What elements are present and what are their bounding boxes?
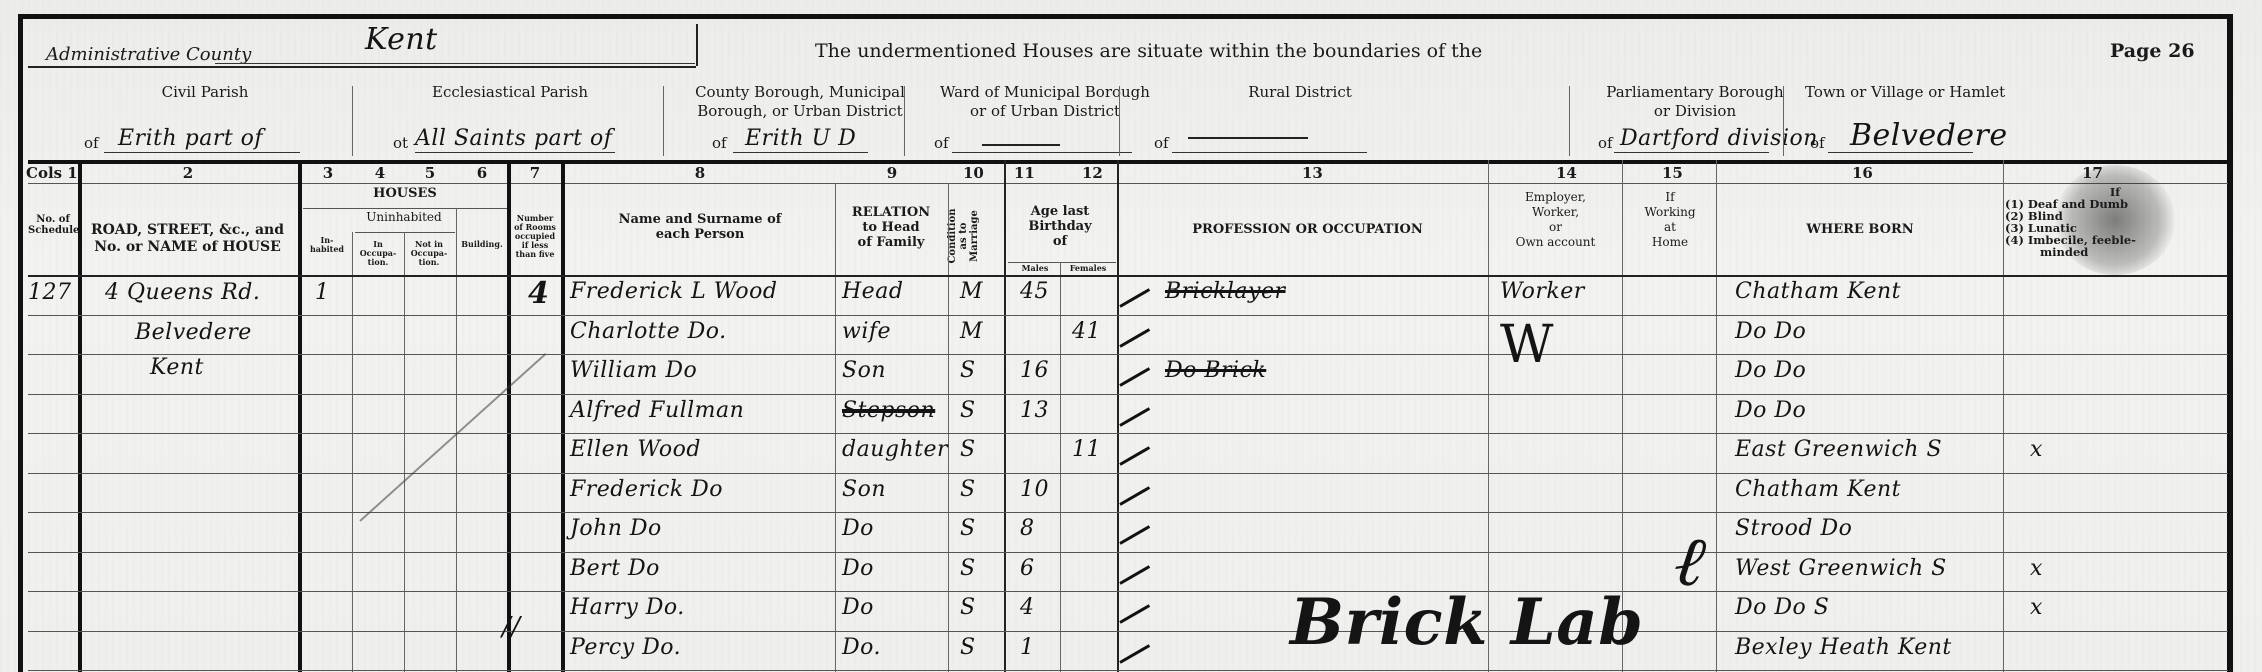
person-relation: Son	[842, 358, 886, 383]
person-birthplace: Do Do S	[1735, 595, 1829, 620]
row-rule	[28, 473, 2228, 474]
name-heading-1: Name and Surname of	[565, 212, 835, 227]
person-relation: Do.	[842, 635, 881, 660]
not-occ-3: tion.	[404, 258, 454, 267]
person-age-female: 41	[1072, 319, 1101, 344]
working-home-heading: If Working at Home	[1625, 190, 1715, 250]
double-slash-mark: //	[502, 612, 521, 642]
cols-label: Cols 1	[26, 164, 78, 182]
town-label: Town or Village or Hamlet	[1805, 83, 1985, 101]
person-mark: x	[2030, 595, 2043, 620]
frame-border-right	[2227, 14, 2233, 672]
schedule-heading-1: No. of	[28, 214, 78, 225]
admin-county-value: Kent	[365, 22, 438, 57]
page-number: 26	[2168, 40, 2194, 62]
divider-3	[904, 86, 905, 156]
road-heading-1: ROAD, STREET, &c., and	[80, 222, 295, 239]
schedule-heading-2: Schedule	[28, 225, 78, 236]
colnum-7: 7	[525, 164, 545, 182]
eccl-parish-underline	[415, 152, 615, 153]
ink-stain	[2055, 165, 2175, 275]
civil-parish-value: Erith part of	[118, 126, 263, 151]
divider-6	[1783, 86, 1784, 156]
person-age-female: 11	[1072, 437, 1101, 462]
working-home-3: at	[1625, 220, 1715, 235]
rural-district-underline	[1172, 152, 1367, 153]
tick-mark-icon	[1119, 288, 1150, 308]
ward-of: of	[934, 134, 949, 152]
tick-mark-icon	[1119, 644, 1150, 664]
person-occupation: Do Brick	[1165, 358, 1266, 383]
page-label-text: Page	[2110, 40, 2161, 62]
person-employer: W	[1500, 315, 1554, 375]
person-name: Frederick Do	[570, 477, 723, 502]
person-condition: M	[960, 279, 983, 304]
age-heading: Age last Birthday of	[1005, 204, 1115, 249]
row-rule	[28, 354, 2228, 355]
vline-occupation	[404, 232, 405, 672]
rural-district-of: of	[1154, 134, 1169, 152]
heading-bottom-rule	[28, 275, 2228, 277]
inhabited-value: 1	[315, 280, 330, 305]
employer-heading: Employer, Worker, or Own account	[1488, 190, 1623, 250]
pencil-diagonal	[359, 353, 546, 522]
vline-working	[1716, 160, 1717, 672]
inhabited-heading-2: habited	[303, 245, 351, 254]
person-birthplace: Chatham Kent	[1735, 279, 1901, 304]
person-name: Frederick L Wood	[570, 279, 777, 304]
town-value: Belvedere	[1850, 118, 2008, 153]
person-mark: x	[2030, 556, 2043, 581]
person-age-male: 1	[1020, 635, 1035, 660]
vline-inhabited	[352, 232, 353, 672]
employer-heading-1: Employer,	[1488, 190, 1623, 205]
frame-border-top	[18, 14, 2231, 19]
colnum-3: 3	[318, 164, 338, 182]
civil-parish-underline	[104, 152, 300, 153]
employer-heading-3: or	[1488, 220, 1623, 235]
person-relation: Son	[842, 477, 886, 502]
person-condition: S	[960, 635, 976, 660]
vline-females	[1117, 160, 1119, 672]
relation-heading: RELATION to Head of Family	[836, 205, 946, 250]
person-condition: S	[960, 556, 976, 581]
colnum-9: 9	[882, 164, 902, 182]
tick-mark-icon	[1119, 604, 1150, 624]
vline-road	[298, 160, 302, 672]
row-rule	[28, 670, 2228, 671]
person-name: John Do	[570, 516, 662, 541]
relation-heading-2: to Head	[836, 220, 946, 235]
person-birthplace: East Greenwich S	[1735, 437, 1942, 462]
uninhabited-heading: Uninhabited	[352, 210, 456, 225]
colnum-6: 6	[472, 164, 492, 182]
name-heading-2: each Person	[565, 227, 835, 242]
parliamentary-label-2: or Division	[1590, 102, 1800, 120]
address-line-1: 4 Queens Rd.	[105, 280, 260, 305]
females-heading: Females	[1060, 264, 1116, 273]
vline-males	[1060, 262, 1061, 672]
eccl-parish-value: All Saints part of	[415, 126, 612, 151]
houses-rule	[303, 208, 510, 209]
age-heading-3: of	[1005, 234, 1115, 249]
tick-mark-icon	[1119, 565, 1150, 585]
colnum-13: 13	[1302, 164, 1322, 182]
vline-not-occupation	[456, 208, 457, 672]
colnum-8: 8	[690, 164, 710, 182]
tick-mark-icon	[1119, 367, 1150, 387]
uninhabited-rule	[355, 232, 455, 233]
parliamentary-underline	[1614, 152, 1769, 153]
person-mark: x	[2030, 437, 2043, 462]
parliamentary-value: Dartford division	[1620, 126, 1818, 151]
condition-heading-2: as to	[958, 196, 969, 276]
person-name: Bert Do	[570, 556, 660, 581]
person-name: Alfred Fullman	[570, 398, 744, 423]
person-occupation: Bricklayer	[1165, 279, 1286, 304]
admin-county-underline	[215, 63, 695, 64]
divider-2	[663, 86, 664, 156]
person-birthplace: Chatham Kent	[1735, 477, 1901, 502]
person-age-male: 4	[1020, 595, 1035, 620]
tick-mark-icon	[1119, 407, 1150, 427]
county-borough-of: of	[712, 134, 727, 152]
colnum-12: 12	[1082, 164, 1102, 182]
divider-4	[1119, 86, 1120, 156]
vline-name	[835, 183, 836, 672]
person-relation: Do	[842, 595, 874, 620]
working-home-1: If	[1625, 190, 1715, 205]
employer-heading-2: Worker,	[1488, 205, 1623, 220]
person-birthplace: Bexley Heath Kent	[1735, 635, 1952, 660]
person-condition: M	[960, 319, 983, 344]
working-home-4: Home	[1625, 235, 1715, 250]
divider-1	[352, 86, 353, 156]
inhabited-heading: In- habited	[303, 236, 351, 254]
divider-5	[1569, 86, 1570, 156]
person-age-male: 10	[1020, 477, 1049, 502]
tick-mark-icon	[1119, 446, 1150, 466]
person-name: Charlotte Do.	[570, 319, 727, 344]
colnum-rule	[28, 183, 2228, 184]
rooms-heading: Number of Rooms occupied if less than fi…	[510, 214, 560, 259]
vline-relation	[948, 183, 949, 672]
condition-heading: Condition as to Marriage	[947, 196, 983, 276]
civil-parish-of: of	[84, 134, 99, 152]
person-birthplace: Do Do	[1735, 319, 1806, 344]
person-condition: S	[960, 595, 976, 620]
vline-rooms	[561, 160, 565, 672]
eccl-parish-label: Ecclesiastical Parish	[410, 83, 610, 101]
page-label: Page 26	[2110, 40, 2195, 62]
overwrite-annotation: Brick Lab	[1290, 585, 1643, 660]
person-relation: Do	[842, 556, 874, 581]
person-birthplace: Do Do	[1735, 358, 1806, 383]
row-rule	[28, 591, 2228, 592]
row-rule	[28, 315, 2228, 316]
town-of: of	[1810, 134, 1825, 152]
occupation-heading: PROFESSION OR OCCUPATION	[1120, 222, 1495, 237]
row-rule	[28, 552, 2228, 553]
working-home-2: Working	[1625, 205, 1715, 220]
parliamentary-of: of	[1598, 134, 1613, 152]
parliamentary-label-1: Parliamentary Borough	[1590, 83, 1800, 101]
colnum-10: 10	[963, 164, 983, 182]
building-heading: Building.	[456, 240, 508, 249]
vline-schedule	[78, 160, 82, 672]
intro-text: The undermentioned Houses are situate wi…	[815, 40, 1482, 62]
in-occupation-heading: In Occupa- tion.	[353, 240, 403, 267]
schedule-heading: No. of Schedule	[28, 214, 78, 236]
eccl-parish-of: ot	[393, 134, 408, 152]
admin-county-rule	[28, 66, 696, 68]
relation-heading-1: RELATION	[836, 205, 946, 220]
not-in-occupation-heading: Not in Occupa- tion.	[404, 240, 454, 267]
person-relation: Stepson	[842, 398, 935, 423]
person-birthplace: Do Do	[1735, 398, 1806, 423]
name-heading: Name and Surname of each Person	[565, 212, 835, 242]
person-age-male: 45	[1020, 279, 1049, 304]
colnum-5: 5	[420, 164, 440, 182]
person-condition: S	[960, 398, 976, 423]
rural-district-label: Rural District	[1225, 83, 1375, 101]
ward-dash	[982, 144, 1060, 146]
row-rule	[28, 631, 2228, 632]
person-name: Ellen Wood	[570, 437, 701, 462]
rural-district-dash	[1188, 137, 1308, 139]
person-age-male: 13	[1020, 398, 1049, 423]
frame-border-left	[18, 14, 23, 672]
person-condition: S	[960, 437, 976, 462]
admin-county-label: Administrative County	[46, 44, 251, 65]
row-rule	[28, 433, 2228, 434]
road-heading-2: No. or NAME of HOUSE	[80, 239, 295, 256]
vline-building	[507, 160, 511, 672]
age-heading-2: Birthday	[1005, 219, 1115, 234]
road-heading: ROAD, STREET, &c., and No. or NAME of HO…	[80, 222, 295, 256]
row-rule	[28, 394, 2228, 395]
colnum-2: 2	[178, 164, 198, 182]
colnum-4: 4	[370, 164, 390, 182]
address-line-3: Kent	[150, 355, 204, 380]
vline-condition	[1004, 160, 1006, 672]
relation-heading-3: of Family	[836, 235, 946, 250]
census-page: Administrative County Kent The underment…	[0, 0, 2262, 672]
colnum-11: 11	[1014, 164, 1034, 182]
ward-underline	[952, 152, 1132, 153]
where-born-heading: WHERE BORN	[1720, 222, 2000, 237]
person-relation: Head	[842, 279, 903, 304]
county-borough-label-2: Borough, or Urban District	[680, 102, 920, 120]
person-condition: S	[960, 516, 976, 541]
person-condition: S	[960, 358, 976, 383]
person-birthplace: West Greenwich S	[1735, 556, 1947, 581]
colnum-14: 14	[1556, 164, 1576, 182]
person-name: William Do	[570, 358, 697, 383]
person-employer: Worker	[1500, 279, 1585, 304]
person-relation: Do	[842, 516, 874, 541]
rooms-value: 4	[528, 276, 549, 311]
colnum-16: 16	[1852, 164, 1872, 182]
county-borough-value: Erith U D	[745, 126, 856, 151]
civil-parish-label: Civil Parish	[130, 83, 280, 101]
colnum-15: 15	[1662, 164, 1682, 182]
person-name: Percy Do.	[570, 635, 681, 660]
houses-heading: HOUSES	[300, 186, 510, 201]
ward-label-1: Ward of Municipal Borough	[930, 83, 1160, 101]
age-heading-1: Age last	[1005, 204, 1115, 219]
schedule-number: 127	[28, 280, 72, 305]
person-age-male: 6	[1020, 556, 1035, 581]
vline-born	[2003, 160, 2004, 672]
admin-county-divider	[696, 24, 698, 66]
employer-heading-4: Own account	[1488, 235, 1623, 250]
tick-mark-icon	[1119, 486, 1150, 506]
header-rule	[28, 160, 2228, 164]
county-borough-label-1: County Borough, Municipal	[680, 83, 920, 101]
person-relation: wife	[842, 319, 891, 344]
person-condition: S	[960, 477, 976, 502]
rooms-5: than five	[510, 250, 560, 259]
person-age-male: 8	[1020, 516, 1035, 541]
males-heading: Males	[1010, 264, 1060, 273]
person-name: Harry Do.	[570, 595, 685, 620]
person-age-male: 16	[1020, 358, 1049, 383]
tick-mark-icon	[1119, 328, 1150, 348]
address-line-2: Belvedere	[135, 320, 252, 345]
person-relation: daughter	[842, 437, 948, 462]
tick-mark-icon	[1119, 525, 1150, 545]
row-rule	[28, 512, 2228, 513]
county-borough-underline	[733, 152, 868, 153]
condition-heading-3: Marriage	[969, 196, 980, 276]
ward-label-2: or of Urban District	[930, 102, 1160, 120]
person-birthplace: Strood Do	[1735, 516, 1852, 541]
in-occ-3: tion.	[353, 258, 403, 267]
